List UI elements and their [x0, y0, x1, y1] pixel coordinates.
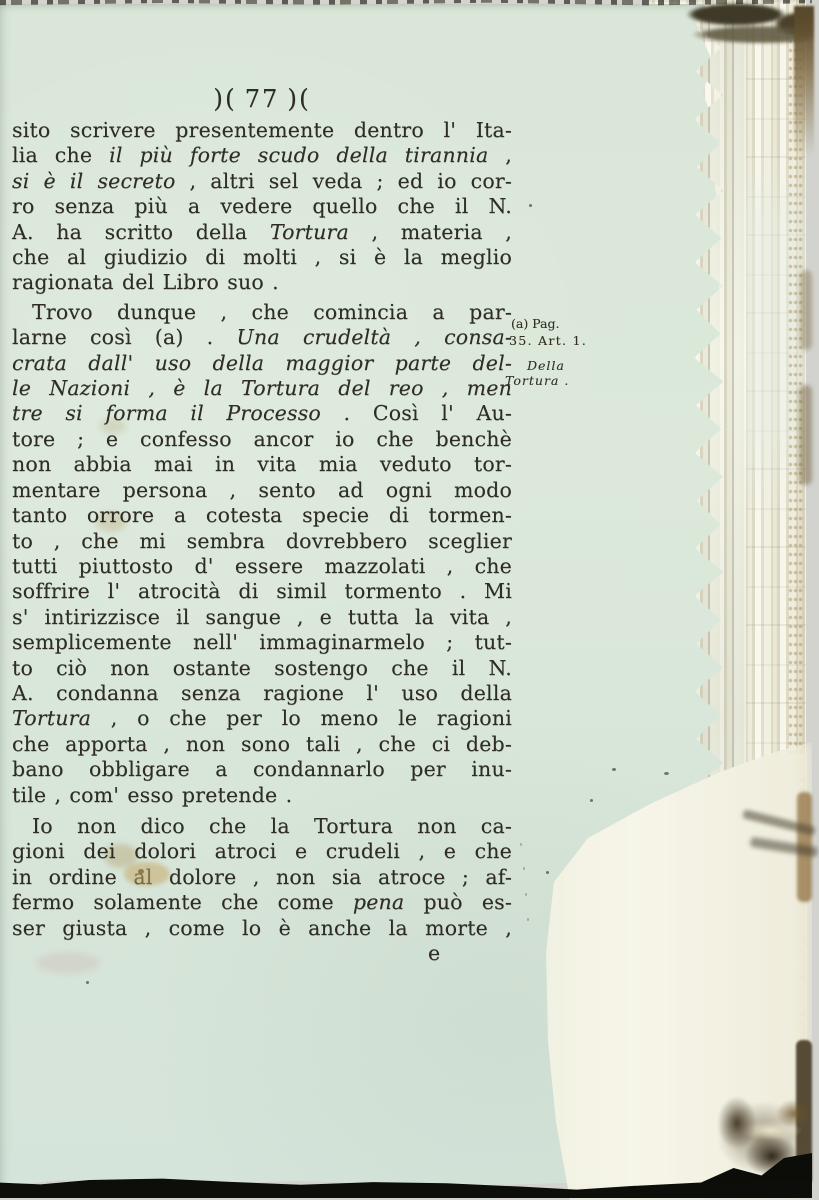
text-segment: che al giudizio di molti , si è la megli… — [12, 245, 512, 269]
text-segment: può es- — [404, 890, 512, 914]
page-header: )(77)( — [12, 84, 512, 113]
text-line: non abbia mai in vita mia veduto tor- — [12, 452, 512, 477]
text-line: to ciò non ostante sostengo che il N. — [12, 656, 512, 681]
text-line: semplicemente nell' immaginarmelo ; tut- — [12, 630, 512, 655]
text-line: Tortura , o che per lo meno le ragioni — [12, 706, 512, 731]
paragraph: Trovo dunque , che comincia a par-larne … — [12, 300, 512, 808]
text-line: to , che mi sembra dovrebbero sceglier — [12, 529, 512, 554]
text-segment: tutti piuttosto d' essere mazzolati , ch… — [12, 554, 512, 578]
note-line: 35. Art. 1. — [509, 333, 611, 348]
text-segment: bano obbligare a condannarlo per inu- — [12, 757, 512, 781]
text-segment: Tortura — [270, 220, 349, 244]
text-segment: Io non dico che la Tortura non ca- — [32, 814, 512, 838]
text-line: A. condanna senza ragione l' uso della — [12, 681, 512, 706]
footnote-reference-note: (a) Pag. 35. Art. 1. — [511, 316, 611, 348]
note-line: Della — [527, 358, 605, 373]
text-segment: to ciò non ostante sostengo che il N. — [12, 656, 512, 680]
text-segment: tanto orrore a cotesta specie di tormen- — [12, 503, 512, 527]
text-line: tre si forma il Processo . Così l' Au- — [12, 401, 512, 426]
text-segment: Tortura — [12, 706, 91, 730]
text-line: sito scrivere presentemente dentro l' It… — [12, 118, 512, 143]
text-line: ro senza più a vedere quello che il N. — [12, 194, 512, 219]
text-segment: semplicemente nell' immaginarmelo ; tut- — [12, 630, 512, 654]
text-line: Trovo dunque , che comincia a par- — [12, 300, 512, 325]
text-line: gioni dei dolori atroci e crudeli , e ch… — [12, 839, 512, 864]
text-segment: in ordine al dolore , non sia atroce ; a… — [12, 865, 512, 889]
note-line: Tortura . — [505, 373, 605, 388]
text-line: tore ; e confesso ancor io che benchè — [12, 427, 512, 452]
text-segment: mentare persona , sento ad ogni modo — [12, 478, 512, 502]
text-line: crata dall' uso della maggior parte del- — [12, 351, 512, 376]
text-segment: Una crudeltà , consa- — [236, 325, 512, 349]
text-line: Io non dico che la Tortura non ca- — [12, 814, 512, 839]
text-line: mentare persona , sento ad ogni modo — [12, 478, 512, 503]
header-ornament-left: )( — [213, 84, 237, 113]
text-segment: tore ; e confesso ancor io che benchè — [12, 427, 512, 451]
text-line: bano obbligare a condannarlo per inu- — [12, 757, 512, 782]
text-segment: il più forte scudo della tirannia — [109, 143, 488, 167]
page-number: 77 — [237, 85, 288, 113]
text-segment: , materia , — [349, 220, 512, 244]
text-line: tanto orrore a cotesta specie di tormen- — [12, 503, 512, 528]
text-segment: le Nazioni , è la Tortura del reo , men — [12, 376, 512, 400]
text-line: che al giudizio di molti , si è la megli… — [12, 245, 512, 270]
text-segment: sito scrivere presentemente dentro l' It… — [12, 118, 512, 142]
text-segment: gioni dei dolori atroci e crudeli , e ch… — [12, 839, 512, 863]
text-segment: to , che mi sembra dovrebbero sceglier — [12, 529, 512, 553]
text-line: fermo solamente che come pena può es- — [12, 890, 512, 915]
catchword: e — [428, 941, 440, 965]
text-segment: , o che per lo meno le ragioni — [91, 706, 512, 730]
text-segment: soffrire l' atrocità di simil tormento .… — [12, 579, 512, 603]
text-line: le Nazioni , è la Tortura del reo , men — [12, 376, 512, 401]
text-segment: che apporta , non sono tali , che ci deb… — [12, 732, 512, 756]
text-line: s' intirizzisce il sangue , e tutta la v… — [12, 605, 512, 630]
book-page-scan: )(77)( sito scrivere presentemente dentr… — [0, 0, 819, 1200]
text-segment: non abbia mai in vita mia veduto tor- — [12, 452, 512, 476]
header-ornament-right: )( — [287, 84, 311, 113]
text-segment: A. condanna senza ragione l' uso della — [12, 681, 512, 705]
margin-title-note: Della Tortura . — [505, 358, 605, 388]
text-segment: Trovo dunque , che comincia a par- — [32, 300, 512, 324]
text-segment: s' intirizzisce il sangue , e tutta la v… — [12, 605, 512, 629]
text-segment: tile , com' esso pretende . — [12, 783, 292, 807]
text-segment: si è il secreto — [12, 169, 176, 193]
printed-text-layer: )(77)( sito scrivere presentemente dentr… — [0, 0, 819, 1200]
text-line: in ordine al dolore , non sia atroce ; a… — [12, 865, 512, 890]
paper-stain — [124, 862, 170, 886]
paragraph: Io non dico che la Tortura non ca-gioni … — [12, 814, 512, 941]
text-segment: A. ha scritto della — [12, 220, 270, 244]
text-segment: Così l' Au- — [350, 401, 512, 425]
text-line: tutti piuttosto d' essere mazzolati , ch… — [12, 554, 512, 579]
paper-stain — [138, 869, 144, 874]
text-segment: fermo solamente che come — [12, 890, 353, 914]
text-line: tile , com' esso pretende . — [12, 783, 512, 808]
text-line: soffrire l' atrocità di simil tormento .… — [12, 579, 512, 604]
text-line: ragionata del Libro suo . — [12, 270, 512, 295]
text-line: che apporta , non sono tali , che ci deb… — [12, 732, 512, 757]
text-segment: larne così (a) . — [12, 325, 236, 349]
text-segment: crata dall' uso della maggior parte del- — [12, 351, 512, 375]
text-line: larne così (a) . Una crudeltà , consa- — [12, 325, 512, 350]
text-segment: pena — [353, 890, 404, 914]
text-line: si è il secreto , altri sel veda ; ed io… — [12, 169, 512, 194]
text-segment: , altri sel veda ; ed io cor- — [176, 169, 513, 193]
text-segment: ro senza più a vedere quello che il N. — [12, 194, 512, 218]
text-line: lia che il più forte scudo della tiranni… — [12, 143, 512, 168]
text-segment: , — [488, 143, 512, 167]
text-line: ser giusta , come lo è anche la morte , — [12, 916, 512, 941]
note-line: (a) Pag. — [511, 316, 611, 331]
text-line: A. ha scritto della Tortura , materia , — [12, 220, 512, 245]
text-segment: ragionata del Libro suo . — [12, 270, 279, 294]
text-segment: lia che — [12, 143, 109, 167]
text-block: sito scrivere presentemente dentro l' It… — [12, 118, 512, 941]
paragraph: sito scrivere presentemente dentro l' It… — [12, 118, 512, 296]
text-segment: ser giusta , come lo è anche la morte , — [12, 916, 512, 940]
text-segment: tre si forma il Processo . — [12, 401, 350, 425]
